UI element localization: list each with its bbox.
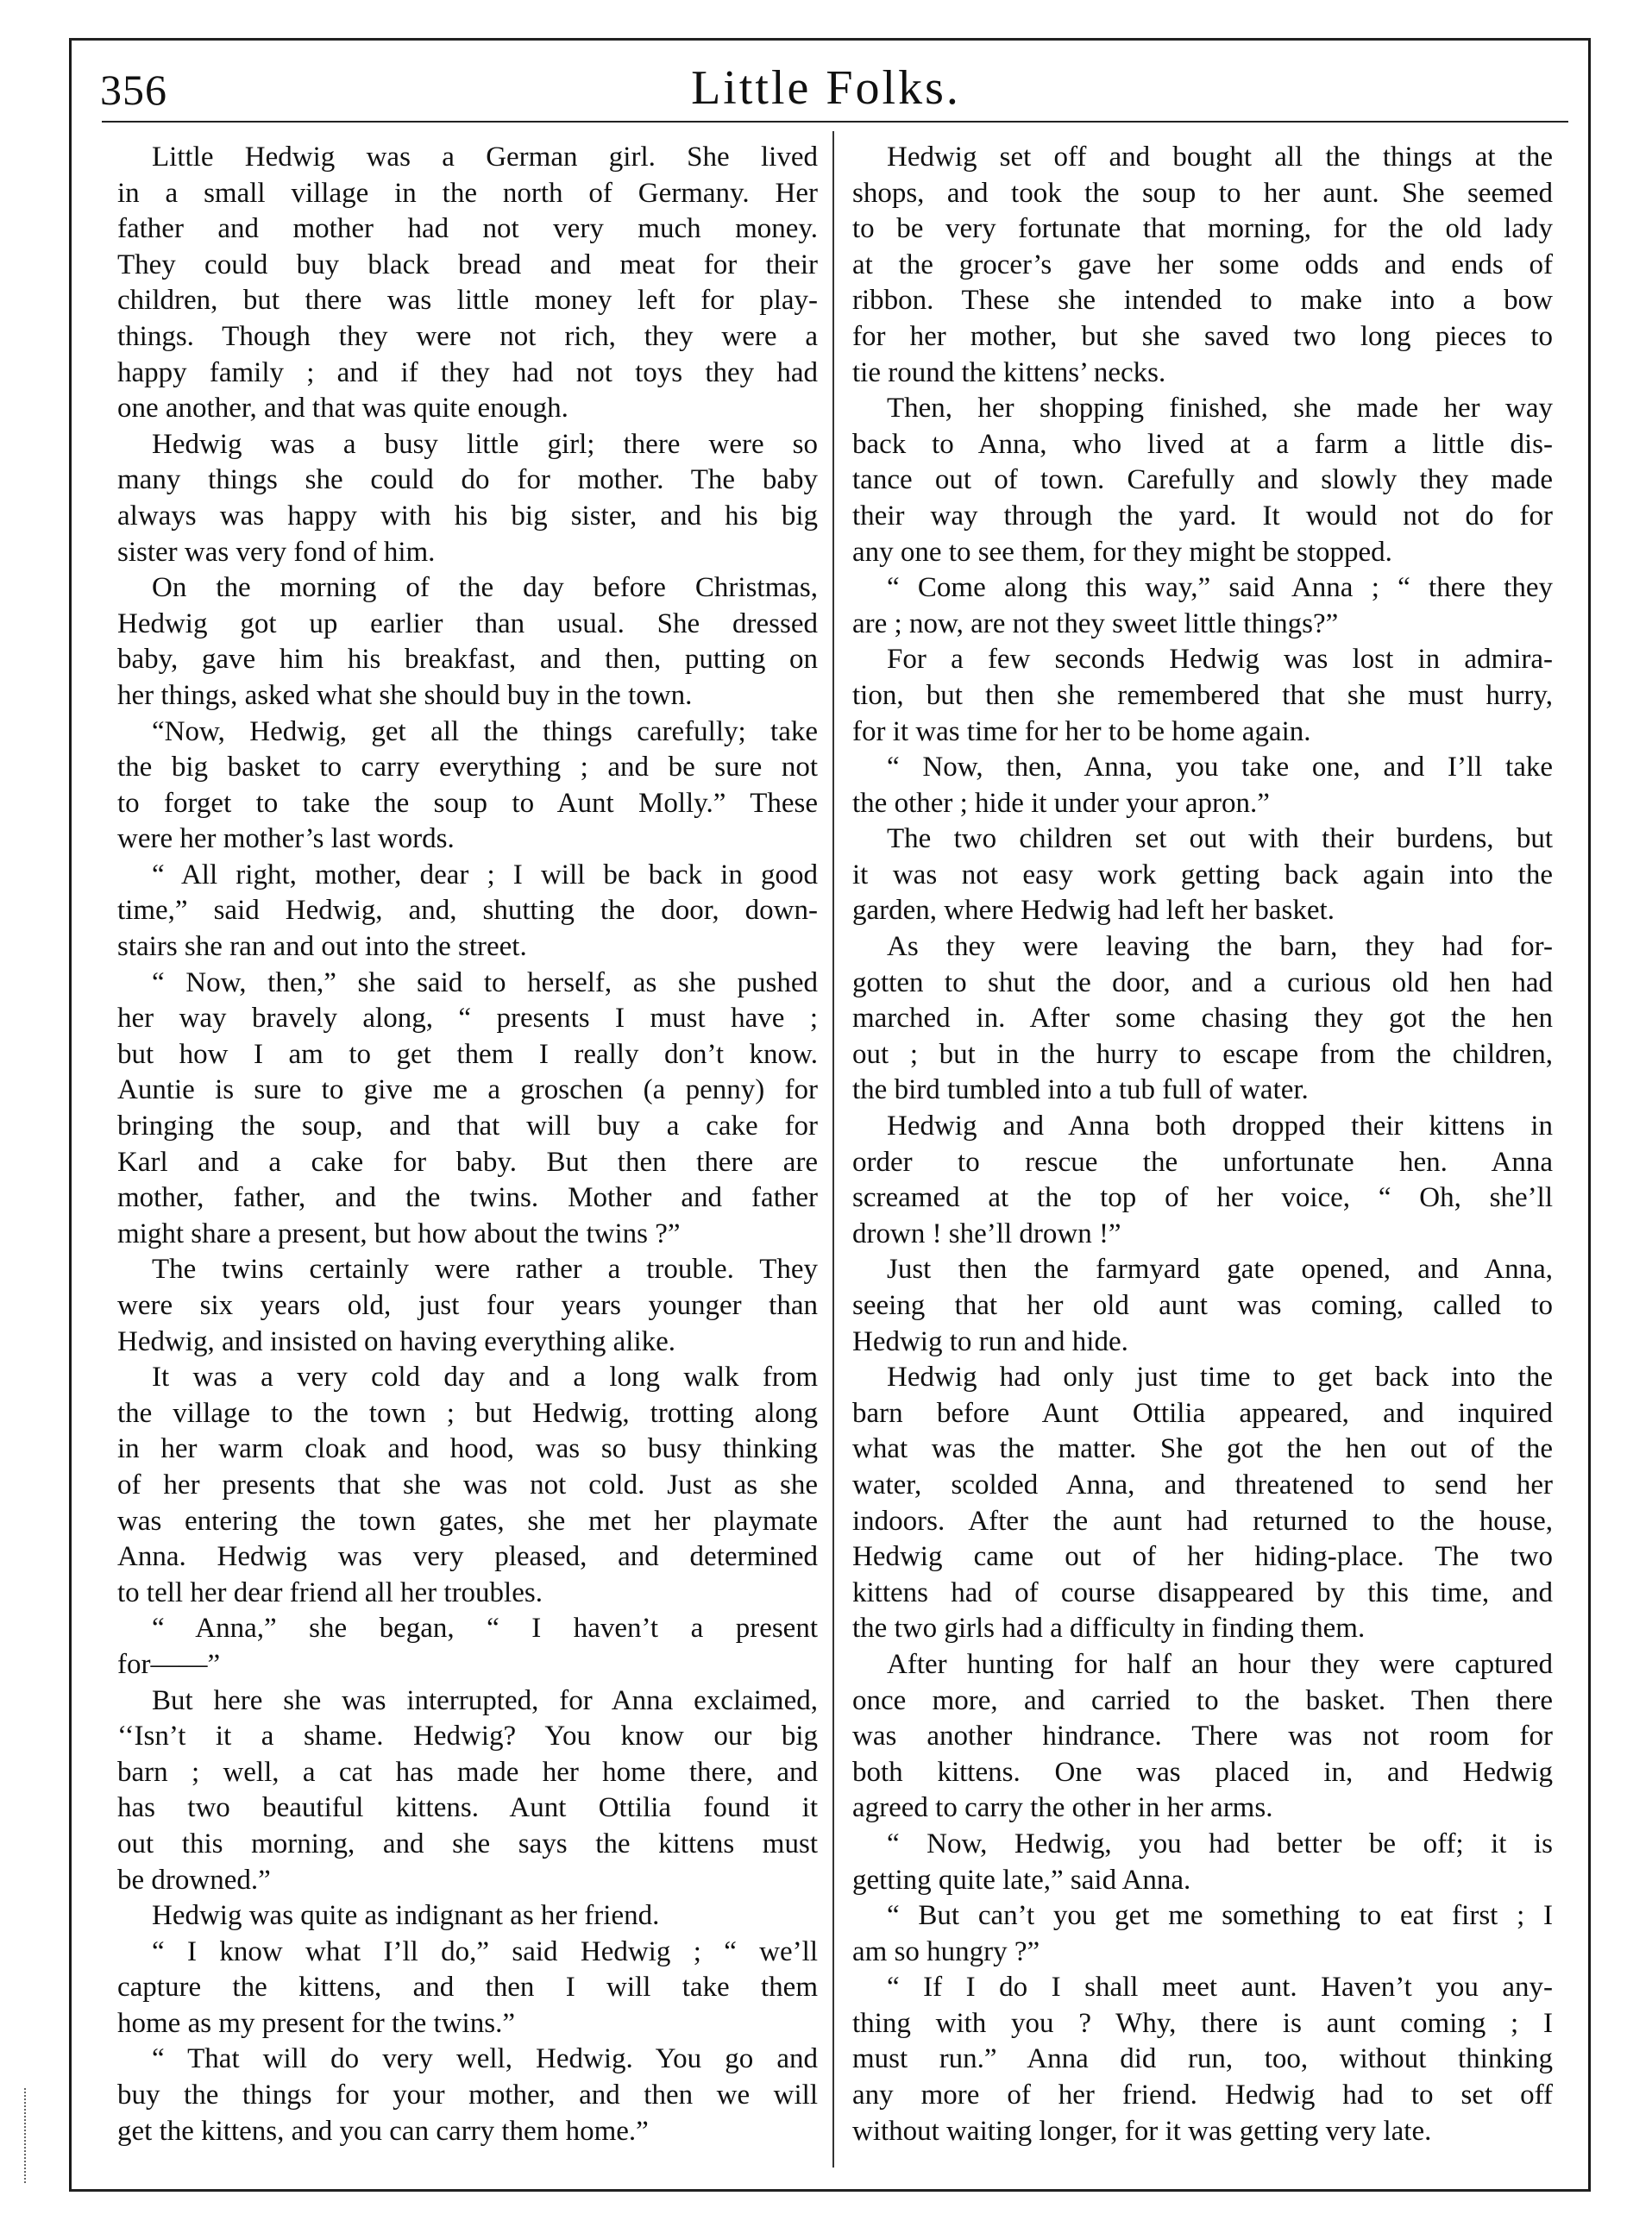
text-line: always was happy with his big sister, an… [117, 499, 818, 535]
text-line: Hedwig, and insisted on having everythin… [117, 1324, 818, 1361]
text-line: ‘‘Isn’t it a shame. Hedwig? You know our… [117, 1719, 818, 1755]
text-line: was entering the town gates, she met her… [117, 1504, 818, 1540]
text-line: shops, and took the soup to her aunt. Sh… [852, 176, 1553, 212]
text-line: Hedwig and Anna both dropped their kitte… [852, 1109, 1553, 1145]
text-line: to forget to take the soup to Aunt Molly… [117, 786, 818, 822]
text-line: It was a very cold day and a long walk f… [117, 1360, 818, 1396]
text-line: The two children set out with their burd… [852, 821, 1553, 858]
text-line: children, but there was little money lef… [117, 283, 818, 319]
margin-scan-marks [24, 2088, 29, 2183]
text-line: the big basket to carry everything ; and… [117, 750, 818, 786]
text-line: seeing that her old aunt was coming, cal… [852, 1288, 1553, 1324]
text-line: things. Though they were not rich, they … [117, 319, 818, 356]
text-line: any one to see them, for they might be s… [852, 535, 1553, 571]
text-line: in a small village in the north of Germa… [117, 176, 818, 212]
text-line: As they were leaving the barn, they had … [852, 929, 1553, 966]
text-line: marched in. After some chasing they got … [852, 1001, 1553, 1037]
text-line: “ Anna,” she began, “ I haven’t a presen… [117, 1611, 818, 1647]
text-line: many things she could do for mother. The… [117, 462, 818, 499]
text-line: one another, and that was quite enough. [117, 391, 818, 427]
text-line: ribbon. These she intended to make into … [852, 283, 1553, 319]
text-line: her way bravely along, “ presents I must… [117, 1001, 818, 1037]
text-line: be drowned.” [117, 1863, 818, 1899]
text-line: Just then the farmyard gate opened, and … [852, 1252, 1553, 1288]
paragraph: Then, her shopping finished, she made he… [852, 391, 1553, 570]
text-line: for it was time for her to be home again… [852, 714, 1553, 751]
text-line: They could buy black bread and meat for … [117, 248, 818, 284]
text-line: both kittens. One was placed in, and Hed… [852, 1755, 1553, 1791]
text-line: “ That will do very well, Hedwig. You go… [117, 2042, 818, 2078]
text-line: back to Anna, who lived at a farm a litt… [852, 427, 1553, 463]
paragraph: “ Now, then, Anna, you take one, and I’l… [852, 750, 1553, 821]
paragraph: “ Anna,” she began, “ I haven’t a presen… [117, 1611, 818, 1683]
text-line: are ; now, are not they sweet little thi… [852, 607, 1553, 643]
text-line: “Now, Hedwig, get all the things careful… [117, 714, 818, 751]
text-line: must run.” Anna did run, too, without th… [852, 2042, 1553, 2078]
column-divider [832, 131, 834, 2168]
text-line: the village to the town ; but Hedwig, tr… [117, 1396, 818, 1432]
paragraph: “ Now, Hedwig, you had better be off; it… [852, 1827, 1553, 1898]
paragraph: Hedwig set off and bought all the things… [852, 140, 1553, 391]
text-line: to be very fortunate that morning, for t… [852, 211, 1553, 248]
text-line: “ Now, then,” she said to herself, as sh… [117, 966, 818, 1002]
text-line: were six years old, just four years youn… [117, 1288, 818, 1324]
text-line: Karl and a cake for baby. But then there… [117, 1145, 818, 1181]
paragraph: The twins certainly were rather a troubl… [117, 1252, 818, 1360]
paragraph: Hedwig and Anna both dropped their kitte… [852, 1109, 1553, 1252]
text-line: once more, and carried to the basket. Th… [852, 1683, 1553, 1720]
paragraph: “ I know what I’ll do,” said Hedwig ; “ … [117, 1935, 818, 2042]
text-line: at the grocer’s gave her some odds and e… [852, 248, 1553, 284]
text-line: drown ! she’ll drown !” [852, 1217, 1553, 1253]
text-line: barn before Aunt Ottilia appeared, and i… [852, 1396, 1553, 1432]
paragraph: Hedwig had only just time to get back in… [852, 1360, 1553, 1647]
paragraph: “ Come along this way,” said Anna ; “ th… [852, 570, 1553, 642]
text-line: home as my present for the twins.” [117, 2006, 818, 2042]
text-line: what was the matter. She got the hen out… [852, 1431, 1553, 1468]
text-line: am so hungry ?” [852, 1935, 1553, 1971]
text-line: time,” said Hedwig, and, shutting the do… [117, 893, 818, 929]
text-line: garden, where Hedwig had left her basket… [852, 893, 1553, 929]
text-line: “ All right, mother, dear ; I will be ba… [117, 858, 818, 894]
text-line: order to rescue the unfortunate hen. Ann… [852, 1145, 1553, 1181]
text-line: for——” [117, 1647, 818, 1683]
text-line: father and mother had not very much mone… [117, 211, 818, 248]
text-line: tion, but then she remembered that she m… [852, 678, 1553, 714]
text-line: were her mother’s last words. [117, 821, 818, 858]
text-line: Hedwig was a busy little girl; there wer… [117, 427, 818, 463]
text-line: in her warm cloak and hood, was so busy … [117, 1431, 818, 1468]
text-line: might share a present, but how about the… [117, 1217, 818, 1253]
text-line: any more of her friend. Hedwig had to se… [852, 2078, 1553, 2114]
text-line: out ; but in the hurry to escape from th… [852, 1037, 1553, 1073]
text-line: the two girls had a difficulty in findin… [852, 1611, 1553, 1647]
text-line: Little Hedwig was a German girl. She liv… [117, 140, 818, 176]
paragraph: The two children set out with their burd… [852, 821, 1553, 929]
text-line: stairs she ran and out into the street. [117, 929, 818, 966]
text-line: buy the things for your mother, and then… [117, 2078, 818, 2114]
text-line: Hedwig to run and hide. [852, 1324, 1553, 1361]
text-line: Hedwig came out of her hiding-place. The… [852, 1539, 1553, 1576]
text-line: gotten to shut the door, and a curious o… [852, 966, 1553, 1002]
text-line: Hedwig set off and bought all the things… [852, 140, 1553, 176]
text-line: On the morning of the day before Christm… [117, 570, 818, 607]
text-line: The twins certainly were rather a troubl… [117, 1252, 818, 1288]
paragraph: On the morning of the day before Christm… [117, 570, 818, 714]
text-line: without waiting longer, for it was getti… [852, 2114, 1553, 2150]
paragraph: After hunting for half an hour they were… [852, 1647, 1553, 1827]
text-line: agreed to carry the other in her arms. [852, 1790, 1553, 1827]
text-line: “ Now, then, Anna, you take one, and I’l… [852, 750, 1553, 786]
paragraph: “ All right, mother, dear ; I will be ba… [117, 858, 818, 966]
paragraph: “ But can’t you get me something to eat … [852, 1898, 1553, 1970]
text-line: mother, father, and the twins. Mother an… [117, 1180, 818, 1217]
paragraph: “ Now, then,” she said to herself, as sh… [117, 966, 818, 1253]
text-line: Auntie is sure to give me a groschen (a … [117, 1073, 818, 1109]
paragraph: It was a very cold day and a long walk f… [117, 1360, 818, 1611]
paragraph: Just then the farmyard gate opened, and … [852, 1252, 1553, 1360]
text-line: capture the kittens, and then I will tak… [117, 1970, 818, 2006]
text-line: tie round the kittens’ necks. [852, 356, 1553, 392]
paragraph: Little Hedwig was a German girl. She liv… [117, 140, 818, 427]
paragraph: “ That will do very well, Hedwig. You go… [117, 2042, 818, 2149]
paragraph: As they were leaving the barn, they had … [852, 929, 1553, 1109]
text-line: “ Come along this way,” said Anna ; “ th… [852, 570, 1553, 607]
text-line: For a few seconds Hedwig was lost in adm… [852, 642, 1553, 678]
text-line: happy family ; and if they had not toys … [117, 356, 818, 392]
text-line: but how I am to get them I really don’t … [117, 1037, 818, 1073]
text-line: After hunting for half an hour they were… [852, 1647, 1553, 1683]
text-line: But here she was interrupted, for Anna e… [117, 1683, 818, 1720]
text-line: it was not easy work getting back again … [852, 858, 1553, 894]
paragraph: Hedwig was a busy little girl; there wer… [117, 427, 818, 570]
text-line: Then, her shopping finished, she made he… [852, 391, 1553, 427]
text-line: Hedwig had only just time to get back in… [852, 1360, 1553, 1396]
text-line: Anna. Hedwig was very pleased, and deter… [117, 1539, 818, 1576]
paragraph: Hedwig was quite as indignant as her fri… [117, 1898, 818, 1935]
text-line: the bird tumbled into a tub full of wate… [852, 1073, 1553, 1109]
text-line: sister was very fond of him. [117, 535, 818, 571]
paragraph: But here she was interrupted, for Anna e… [117, 1683, 818, 1899]
text-line: Hedwig got up earlier than usual. She dr… [117, 607, 818, 643]
text-line: “ But can’t you get me something to eat … [852, 1898, 1553, 1935]
text-line: of her presents that she was not cold. J… [117, 1468, 818, 1504]
text-line: has two beautiful kittens. Aunt Ottilia … [117, 1790, 818, 1827]
text-line: out this morning, and she says the kitte… [117, 1827, 818, 1863]
running-title: Little Folks. [0, 60, 1652, 116]
text-line: for her mother, but she saved two long p… [852, 319, 1553, 356]
text-line: indoors. After the aunt had returned to … [852, 1504, 1553, 1540]
paragraph: For a few seconds Hedwig was lost in adm… [852, 642, 1553, 750]
paragraph: “Now, Hedwig, get all the things careful… [117, 714, 818, 858]
header-rule [102, 121, 1568, 123]
text-line: bringing the soup, and that will buy a c… [117, 1109, 818, 1145]
text-line: the other ; hide it under your apron.” [852, 786, 1553, 822]
text-line: kittens had of course disappeared by thi… [852, 1576, 1553, 1612]
text-line: getting quite late,” said Anna. [852, 1863, 1553, 1899]
text-line: their way through the yard. It would not… [852, 499, 1553, 535]
text-line: screamed at the top of her voice, “ Oh, … [852, 1180, 1553, 1217]
right-column: Hedwig set off and bought all the things… [852, 140, 1553, 2149]
left-column: Little Hedwig was a German girl. She liv… [117, 140, 818, 2149]
text-line: Hedwig was quite as indignant as her fri… [117, 1898, 818, 1935]
text-line: to tell her dear friend all her troubles… [117, 1576, 818, 1612]
text-line: baby, gave him his breakfast, and then, … [117, 642, 818, 678]
text-line: water, scolded Anna, and threatened to s… [852, 1468, 1553, 1504]
text-line: her things, asked what she should buy in… [117, 678, 818, 714]
text-line: “ I know what I’ll do,” said Hedwig ; “ … [117, 1935, 818, 1971]
text-line: get the kittens, and you can carry them … [117, 2114, 818, 2150]
paragraph: “ If I do I shall meet aunt. Haven’t you… [852, 1970, 1553, 2149]
text-line: was another hindrance. There was not roo… [852, 1719, 1553, 1755]
text-line: thing with you ? Why, there is aunt comi… [852, 2006, 1553, 2042]
text-line: “ If I do I shall meet aunt. Haven’t you… [852, 1970, 1553, 2006]
text-line: tance out of town. Carefully and slowly … [852, 462, 1553, 499]
text-line: barn ; well, a cat has made her home the… [117, 1755, 818, 1791]
text-line: “ Now, Hedwig, you had better be off; it… [852, 1827, 1553, 1863]
